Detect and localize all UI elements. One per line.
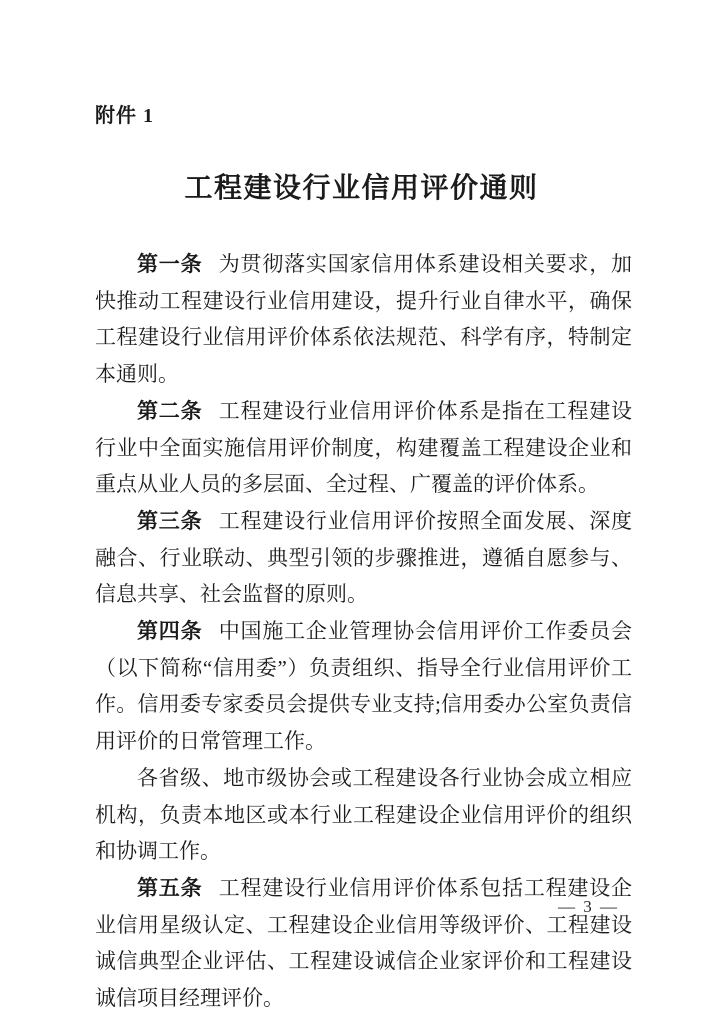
paragraph-article-1: 第一条为贯彻落实国家信用体系建设相关要求，加快推动工程建设行业信用建设，提升行业… — [95, 246, 632, 393]
article-4-number: 第四条 — [137, 619, 202, 643]
paragraph-article-5: 第五条工程建设行业信用评价体系包括工程建设企业信用星级认定、工程建设企业信用等级… — [95, 870, 632, 1017]
page-number: — 3 — — [558, 897, 619, 917]
paragraph-article-4-continuation: 各省级、地市级协会或工程建设各行业协会成立相应机构，负责本地区或本行业工程建设企… — [95, 760, 632, 870]
paragraph-article-3: 第三条工程建设行业信用评价按照全面发展、深度融合、行业联动、典型引领的步骤推进，… — [95, 503, 632, 613]
document-page: 附件 1 工程建设行业信用评价通则 第一条为贯彻落实国家信用体系建设相关要求，加… — [0, 0, 723, 1024]
paragraph-article-2: 第二条工程建设行业信用评价体系是指在工程建设行业中全面实施信用评价制度，构建覆盖… — [95, 393, 632, 503]
article-5-number: 第五条 — [137, 876, 202, 900]
article-3-number: 第三条 — [137, 509, 202, 533]
document-body: 第一条为贯彻落实国家信用体系建设相关要求，加快推动工程建设行业信用建设，提升行业… — [95, 246, 632, 1017]
document-title: 工程建设行业信用评价通则 — [0, 166, 723, 206]
attachment-label: 附件 1 — [95, 99, 154, 128]
paragraph-article-4: 第四条中国施工企业管理协会信用评价工作委员会（以下简称“信用委”）负责组织、指导… — [95, 613, 632, 760]
article-1-number: 第一条 — [137, 252, 202, 276]
article-2-number: 第二条 — [137, 399, 202, 423]
article-4b-text: 各省级、地市级协会或工程建设各行业协会成立相应机构，负责本地区或本行业工程建设企… — [95, 766, 632, 863]
